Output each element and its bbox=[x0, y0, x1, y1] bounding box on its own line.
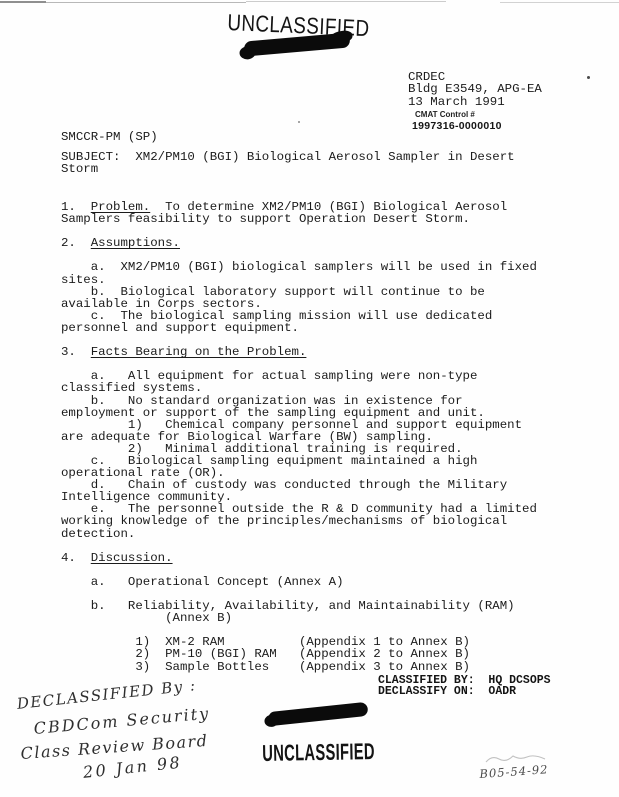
redaction-mark-bottom bbox=[268, 702, 369, 726]
subject-line: SUBJECT: XM2/PM10 (BGI) Biological Aeros… bbox=[61, 151, 515, 163]
section-heading: Assumptions. bbox=[91, 236, 180, 250]
memo-line: a. Operational Concept (Annex A) bbox=[61, 576, 537, 588]
memo-document-page: UNCLASSIFIED CRDEC Bldg E3549, APG-EA 13… bbox=[0, 0, 619, 797]
memo-line: 3. Facts Bearing on the Problem. bbox=[61, 346, 537, 358]
classification-block: CLASSIFIED BY: HQ DCSOPS DECLASSIFY ON: … bbox=[378, 675, 551, 698]
memo-line: working knowledge of the principles/mech… bbox=[61, 515, 537, 527]
memo-line: b. No standard organization was in exist… bbox=[61, 395, 537, 407]
memo-line: 1) Chemical company personnel and suppor… bbox=[61, 419, 537, 431]
memo-line: Samplers feasibility to support Operatio… bbox=[61, 213, 537, 225]
memo-body: 1. Problem. To determine XM2/PM10 (BGI) … bbox=[61, 201, 537, 673]
memo-line: sites. bbox=[61, 274, 537, 286]
memo-line: employment or support of the sampling eq… bbox=[61, 407, 537, 419]
section-number: 4. bbox=[61, 551, 91, 565]
memo-line: 3) Sample Bottles (Appendix 3 to Annex B… bbox=[61, 661, 537, 673]
section-heading: Discussion. bbox=[91, 551, 173, 565]
letterhead-date: 13 March 1991 bbox=[408, 96, 542, 108]
scan-artifact-line bbox=[500, 2, 619, 3]
section-heading: Facts Bearing on the Problem. bbox=[91, 345, 307, 359]
scan-artifact-line bbox=[246, 1, 446, 2]
scan-artifact-line bbox=[0, 1, 46, 3]
scan-speck bbox=[587, 76, 590, 79]
letterhead-building: Bldg E3549, APG-EA bbox=[408, 83, 542, 95]
memo-line: b. Biological laboratory support will co… bbox=[61, 286, 537, 298]
section-number: 3. bbox=[61, 345, 91, 359]
cmat-control-label: CMAT Control # bbox=[415, 110, 475, 119]
memo-line: 2) PM-10 (BGI) RAM (Appendix 2 to Annex … bbox=[61, 648, 537, 660]
subject-line: Storm bbox=[61, 163, 515, 175]
memo-line: 2. Assumptions. bbox=[61, 237, 537, 249]
cmat-control-number: 1997316-0000010 bbox=[412, 120, 502, 132]
memo-line: (Annex B) bbox=[61, 612, 537, 624]
memo-line: a. XM2/PM10 (BGI) biological samplers wi… bbox=[61, 261, 537, 273]
unclassified-stamp-bottom: UNCLASSIFIED bbox=[262, 738, 375, 767]
declassify-on-line: DECLASSIFY ON: OADR bbox=[378, 686, 551, 697]
memo-line: personnel and support equipment. bbox=[61, 322, 537, 334]
office-symbol: SMCCR-PM (SP) bbox=[61, 131, 158, 143]
section-number: 2. bbox=[61, 236, 91, 250]
subject-block: SUBJECT: XM2/PM10 (BGI) Biological Aeros… bbox=[61, 151, 515, 175]
scan-speck bbox=[298, 121, 300, 123]
memo-line: 4. Discussion. bbox=[61, 552, 537, 564]
letterhead-block: CRDEC Bldg E3549, APG-EA 13 March 1991 bbox=[408, 71, 542, 108]
memo-line: classified systems. bbox=[61, 382, 537, 394]
scan-artifact-line bbox=[46, 2, 246, 3]
memo-line: detection. bbox=[61, 528, 537, 540]
